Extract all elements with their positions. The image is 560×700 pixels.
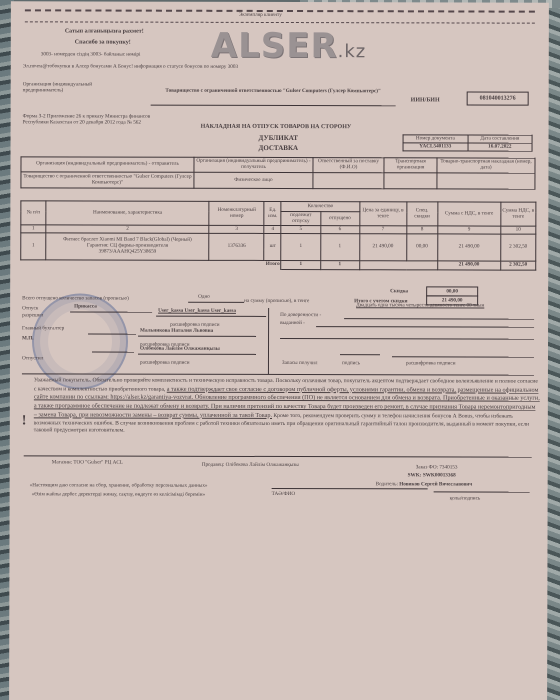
transport-header: Транспортная организация [384, 158, 437, 173]
issued-line-2 [280, 338, 534, 340]
doc-date: 16.07.2022 [468, 143, 532, 151]
footer-driver: Водитель: Новиков Сергей Вячеславович [376, 481, 473, 487]
sum-words: Двадцать одна тысяча четыреста девяносто… [356, 302, 484, 308]
thanks-ru: Спасибо за покупку! [75, 39, 131, 45]
count-label: Всего отпущено количество запасов (пропи… [22, 295, 129, 301]
waybill-header: Товарно-транспортная накладная (номер, д… [437, 158, 535, 173]
iin-value: 081040013276 [467, 91, 529, 105]
row-sum-vat: 21 490,00 [437, 234, 500, 261]
row-code: 1376336 [209, 233, 264, 260]
release-name-line [156, 316, 266, 317]
parties-table: Организация (индивидуальный предпринимат… [20, 156, 535, 189]
col-qty-released-header: отпущено [320, 212, 359, 226]
released-name-line [138, 354, 256, 355]
chief-acc-name: Мальникова Наталия Львовна [140, 328, 213, 334]
copy-label: Экземпляр клиенту [239, 12, 282, 18]
customer-notice: Уважаемый покупатель. Обязательно провер… [34, 377, 540, 436]
signature-line [434, 491, 530, 492]
doc-title: НАКЛАДНАЯ НА ОТПУСК ТОВАРОВ НА СТОРОНУ [201, 124, 352, 130]
form-note: Форма З-2 Приложение 26 к приказу Минист… [23, 113, 153, 125]
decode-label-3: расшифровка подписи [140, 360, 190, 366]
col-discount-header: Спец. скидки [407, 202, 438, 226]
col-number: 4 [264, 225, 281, 233]
total-vat: 2 302,50 [501, 261, 536, 270]
poa-line [344, 318, 534, 319]
signature-label: қолы/подпись [450, 495, 481, 501]
col-qty-header: Количество [281, 202, 359, 212]
row-vat: 2 302,50 [501, 234, 536, 261]
release-allowed-name: User_kassa User_kassa User_kassa [158, 308, 236, 314]
received-name-line [392, 356, 534, 357]
col-number: 5 [281, 226, 320, 234]
exclamation-icon: ! [22, 413, 27, 429]
doc-meta-table: Номер документа Дата составления YACL540… [403, 134, 533, 151]
table-row: 1 Фитнес браслет Xiaomi MI Band 7 Black(… [21, 233, 536, 261]
signature-divider [268, 308, 269, 374]
release-allowed-label: Отпуск разрешил [22, 305, 52, 319]
items-table: № п/п Наименование, характеристика Номен… [20, 200, 536, 270]
org-name: Товарищество с ограниченной ответственно… [151, 88, 396, 96]
col-number: 7 [359, 226, 406, 234]
alser-logo: ALSER.kz [211, 26, 367, 66]
total-qty-release: 1 [281, 261, 320, 270]
row-unit: шт [264, 233, 281, 260]
col-sumvat-header: Сумма с НДС, в тенге [438, 202, 501, 226]
row-qty-release: 1 [281, 234, 320, 261]
count-value: Одно [198, 294, 210, 300]
driver-name: Новиков Сергей Вячеславович [399, 481, 472, 487]
total-empty [359, 261, 437, 270]
chief-name-line [138, 336, 256, 337]
invoice-document: Экземпляр клиенту Сатып алғаныңызға рахм… [9, 1, 549, 700]
received-decode-label: расшифровка подписи [406, 360, 456, 366]
doc-subtitle-duplicate: ДУБЛИКАТ [259, 134, 298, 142]
issued-label: выданной - [280, 320, 305, 326]
consent-ru: «Настоящим даю согласие на сбор, хранени… [30, 482, 208, 488]
row-discount: 00,00 [406, 234, 437, 261]
release-allowed-sign: Прикасса [74, 303, 97, 309]
cut-line-2 [25, 21, 535, 23]
row-name: Фитнес браслет Xiaomi MI Band 7 Black(Gl… [46, 233, 209, 260]
doc-number: YACL5401133 [403, 143, 468, 151]
received-label: Запасы получил [282, 360, 317, 366]
fio-label: ТАӘ/ФИО [272, 491, 295, 497]
row-name-line3: 39873/AAAHQ425Y38659 [47, 249, 207, 255]
total-label: Итого [21, 260, 282, 270]
receiver-header: Организация (индивидуальный предпринимат… [194, 157, 313, 172]
released-by-name: Олібекова Лайлім Олжажанқызы [140, 346, 220, 352]
receiver-value: Физическое лицо [194, 172, 313, 188]
chief-acc-label: Главный бухгалтер [22, 325, 64, 331]
responsible-header: Ответственный за поставку (Ф.И.О) [313, 158, 384, 173]
col-vat-header: Сумма НДС, в тенге [501, 202, 536, 226]
doc-subtitle-delivery: ДОСТАВКА [259, 144, 299, 152]
power-of-attorney-label: По доверенности - [280, 312, 321, 318]
consent-kz: «Өзім жайлы дербес деректерді жинау, сақ… [32, 491, 206, 497]
col-code-header: Номенклатурный номер [209, 201, 264, 225]
org-underline [151, 105, 396, 107]
logo-suffix: .kz [338, 41, 367, 62]
chief-sign-line [88, 334, 136, 335]
responsible-value [313, 173, 384, 189]
issued-line [316, 326, 534, 328]
col-price-header: Цена за единицу, в тенге [359, 202, 406, 226]
col-num-header: № п/п [21, 201, 46, 225]
footer-shop: Магазин: ТОО "Gulser" РЦ ACL [52, 459, 123, 465]
footer-swk: SWK: SWK00013368 [408, 472, 456, 478]
total-qty-released: 1 [320, 261, 359, 270]
bonus-info: Эл.почта@тобокупки в Алсер бонусами А Бо… [23, 63, 238, 70]
footer-top-line [24, 455, 532, 457]
sender-header: Организация (индивидуальный предпринимат… [21, 157, 194, 172]
sender-value: Товарищество с ограниченной ответственно… [21, 172, 194, 188]
received-sign-line [340, 354, 380, 355]
org-label: Организация (индивидуальный предпринимат… [23, 81, 113, 93]
released-by-label: Отпустил [22, 355, 43, 361]
footer-order: Заказ ФО: 7340153 [416, 464, 458, 470]
swk-label: SWK: [408, 472, 422, 478]
received-signature-label: подпись [342, 360, 360, 366]
sum-label: на сумму (прописью), в тенге [244, 298, 309, 304]
logo-text: ALSER [211, 26, 338, 66]
row-num: 1 [21, 233, 46, 260]
col-number: 1 [21, 225, 46, 233]
count-underline [188, 302, 244, 303]
col-number: 10 [501, 226, 536, 234]
doc-number-label: Номер документа [403, 135, 468, 143]
doc-date-label: Дата составления [468, 135, 532, 143]
released-sign-line [92, 352, 134, 353]
total-sum-vat: 21 490,00 [437, 261, 500, 270]
iin-label: ИИН/БИН [411, 97, 440, 103]
mp-label: М.П. [22, 335, 34, 341]
swk-value: SWK00013368 [423, 472, 456, 478]
col-number: 9 [438, 226, 501, 234]
fio-line [272, 488, 428, 489]
row-price: 21 490,00 [359, 234, 406, 261]
col-name-header: Наименование, характеристика [46, 201, 209, 225]
col-unit-header: Ед. изм. [264, 201, 281, 225]
release-sign-line [70, 311, 152, 312]
footer-seller: Продавец: Олібекова Лайлім Олжажанқызы [202, 462, 299, 468]
driver-label: Водитель: [376, 481, 398, 487]
col-number: 6 [320, 226, 359, 234]
waybill-value [437, 173, 535, 189]
row-qty-released: 1 [320, 234, 359, 261]
bonus-number-kz: 3003- номерден сіздің 3003- байланыс нөм… [41, 51, 141, 57]
col-number: 8 [406, 226, 437, 234]
thanks-kz: Сатып алғаныңызға рахмет! [65, 28, 144, 34]
discount-label: Скидка [390, 288, 408, 294]
col-qty-release-header: подлежит отпуску [281, 212, 320, 226]
col-number: 3 [209, 225, 264, 233]
transport-value [384, 173, 437, 189]
